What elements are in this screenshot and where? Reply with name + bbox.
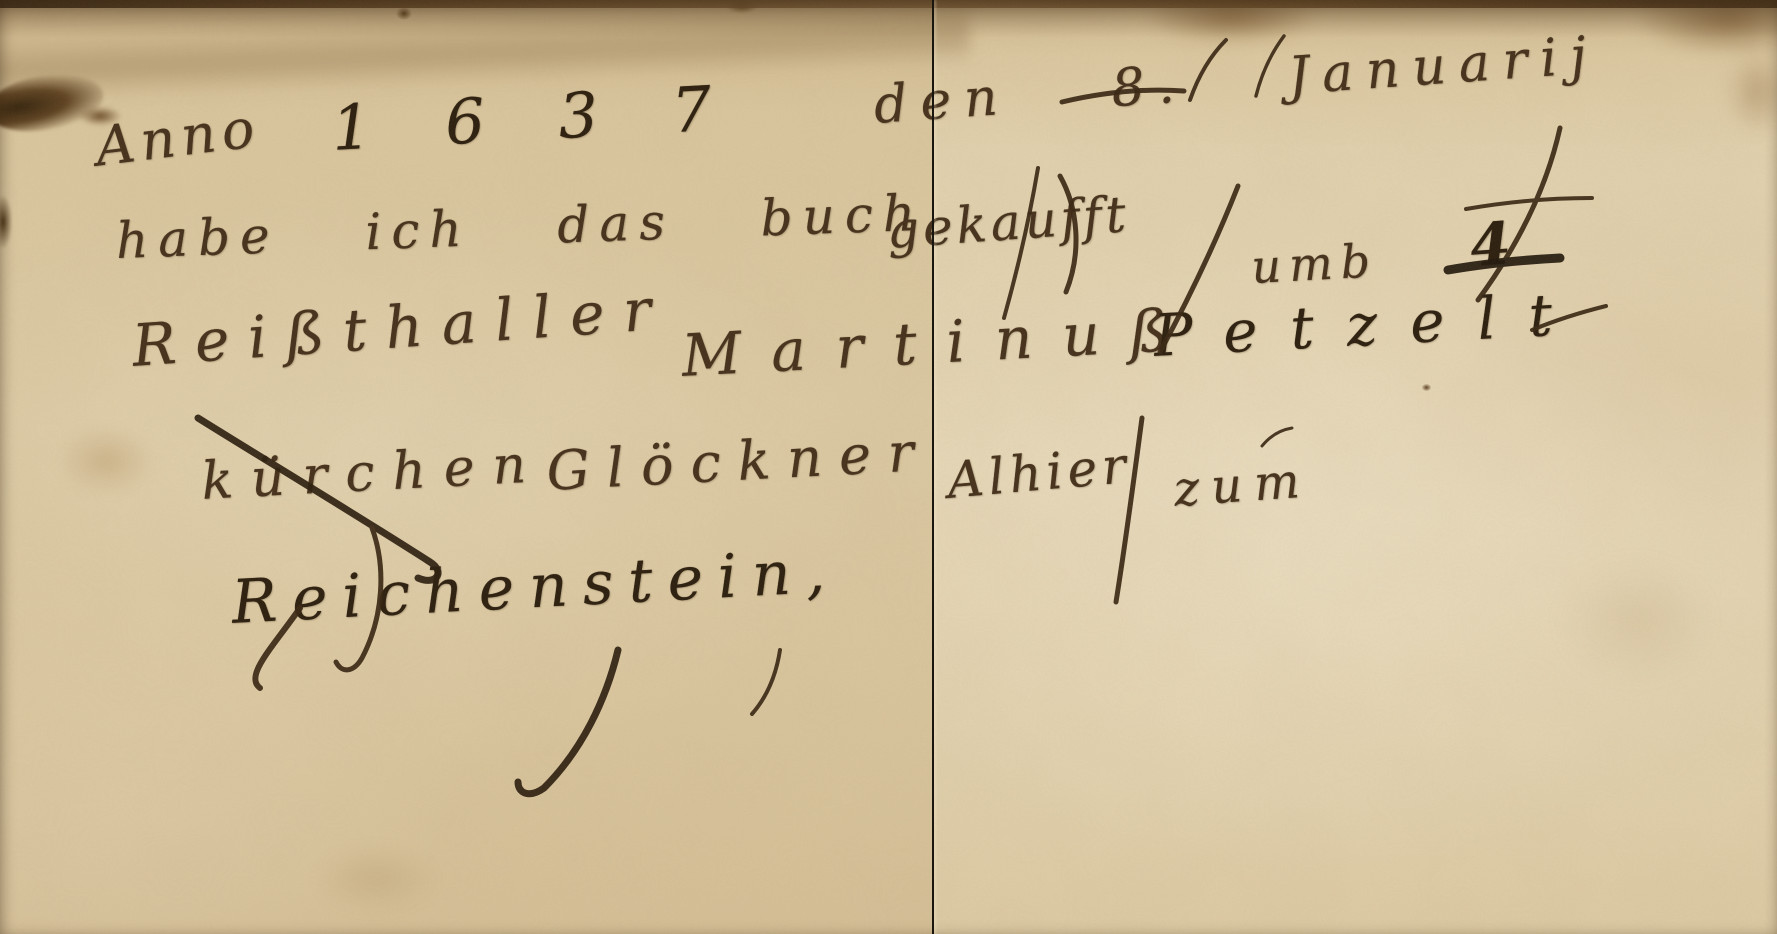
manuscript-photo: Anno 1637 den 8. Januarij habe ich das b…	[0, 0, 1777, 934]
scan-seam-line	[932, 0, 934, 934]
text-umb: umb	[1250, 233, 1379, 294]
foxing-spot-bottom	[318, 848, 434, 910]
foxing-spot-right	[1560, 560, 1710, 680]
ink-fleck	[1422, 384, 1431, 391]
left-edge-mark	[0, 196, 12, 248]
text-zum: zum	[1172, 452, 1313, 517]
foxing-spot-left	[58, 428, 154, 494]
text-price-crossed: 4	[1468, 209, 1513, 280]
